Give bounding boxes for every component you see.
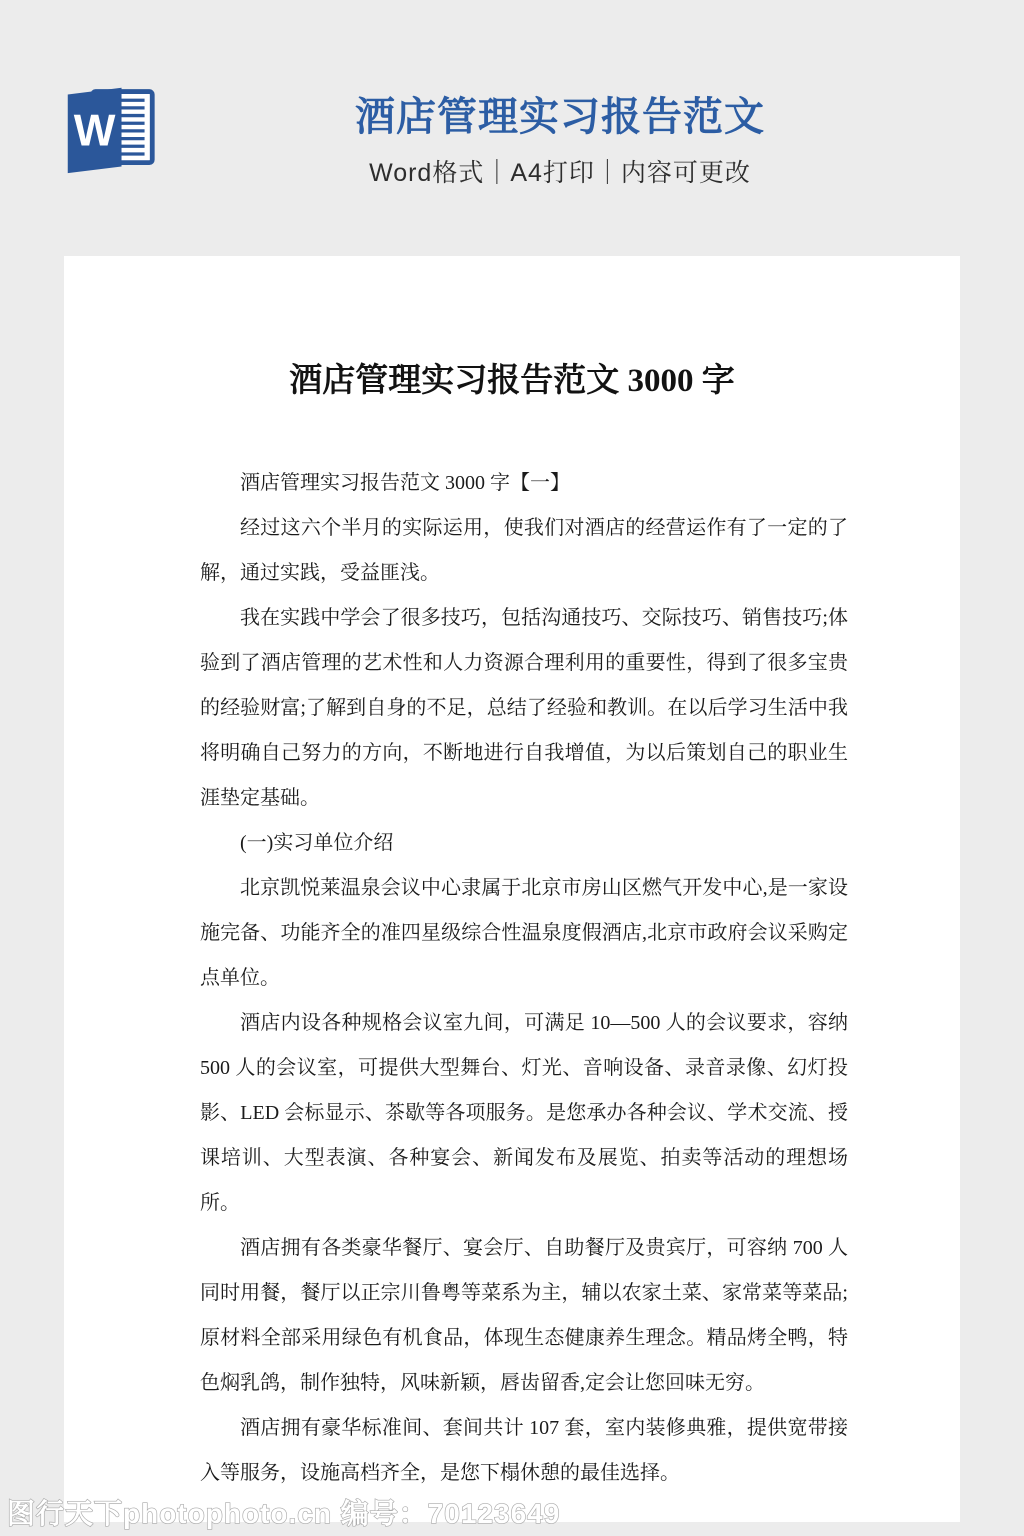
document-body: 酒店管理实习报告范文 3000 字【一】 经过这六个半月的实际运用，使我们对酒店… (200, 461, 848, 1496)
paragraph-section-heading: (一)实习单位介绍 (200, 821, 848, 866)
paragraph: 酒店拥有各类豪华餐厅、宴会厅、自助餐厅及贵宾厅，可容纳 700 人同时用餐，餐厅… (200, 1226, 848, 1406)
word-icon-letter: W (74, 106, 116, 155)
paragraph: 北京凯悦莱温泉会议中心隶属于北京市房山区燃气开发中心,是一家设施完备、功能齐全的… (200, 866, 848, 1001)
template-title: 酒店管理实习报告范文 (150, 94, 970, 140)
paragraph: 酒店拥有豪华标准间、套间共计 107 套，室内装修典雅，提供宽带接入等服务，设施… (200, 1406, 848, 1496)
document-title: 酒店管理实习报告范文 3000 字 (64, 360, 960, 403)
word-icon: W (62, 84, 158, 174)
paragraph-heading: 酒店管理实习报告范文 3000 字【一】 (200, 461, 848, 506)
template-subtitle: Word格式｜A4打印｜内容可更改 (150, 153, 970, 189)
watermark-text: 图行天下photophoto.cn 编号：70123649 (7, 1492, 560, 1532)
header-text-block: 酒店管理实习报告范文 Word格式｜A4打印｜内容可更改 (150, 94, 970, 189)
paragraph: 经过这六个半月的实际运用，使我们对酒店的经营运作有了一定的了解，通过实践，受益匪… (200, 506, 848, 596)
header-banner: W 酒店管理实习报告范文 Word格式｜A4打印｜内容可更改 (0, 0, 1024, 256)
page-background: W 酒店管理实习报告范文 Word格式｜A4打印｜内容可更改 酒店管理实习报告范… (0, 0, 1024, 1536)
document-page: 酒店管理实习报告范文 3000 字 酒店管理实习报告范文 3000 字【一】 经… (64, 256, 960, 1522)
paragraph: 我在实践中学会了很多技巧，包括沟通技巧、交际技巧、销售技巧;体验到了酒店管理的艺… (200, 596, 848, 821)
paragraph: 酒店内设各种规格会议室九间，可满足 10—500 人的会议要求，容纳 500 人… (200, 1001, 848, 1226)
